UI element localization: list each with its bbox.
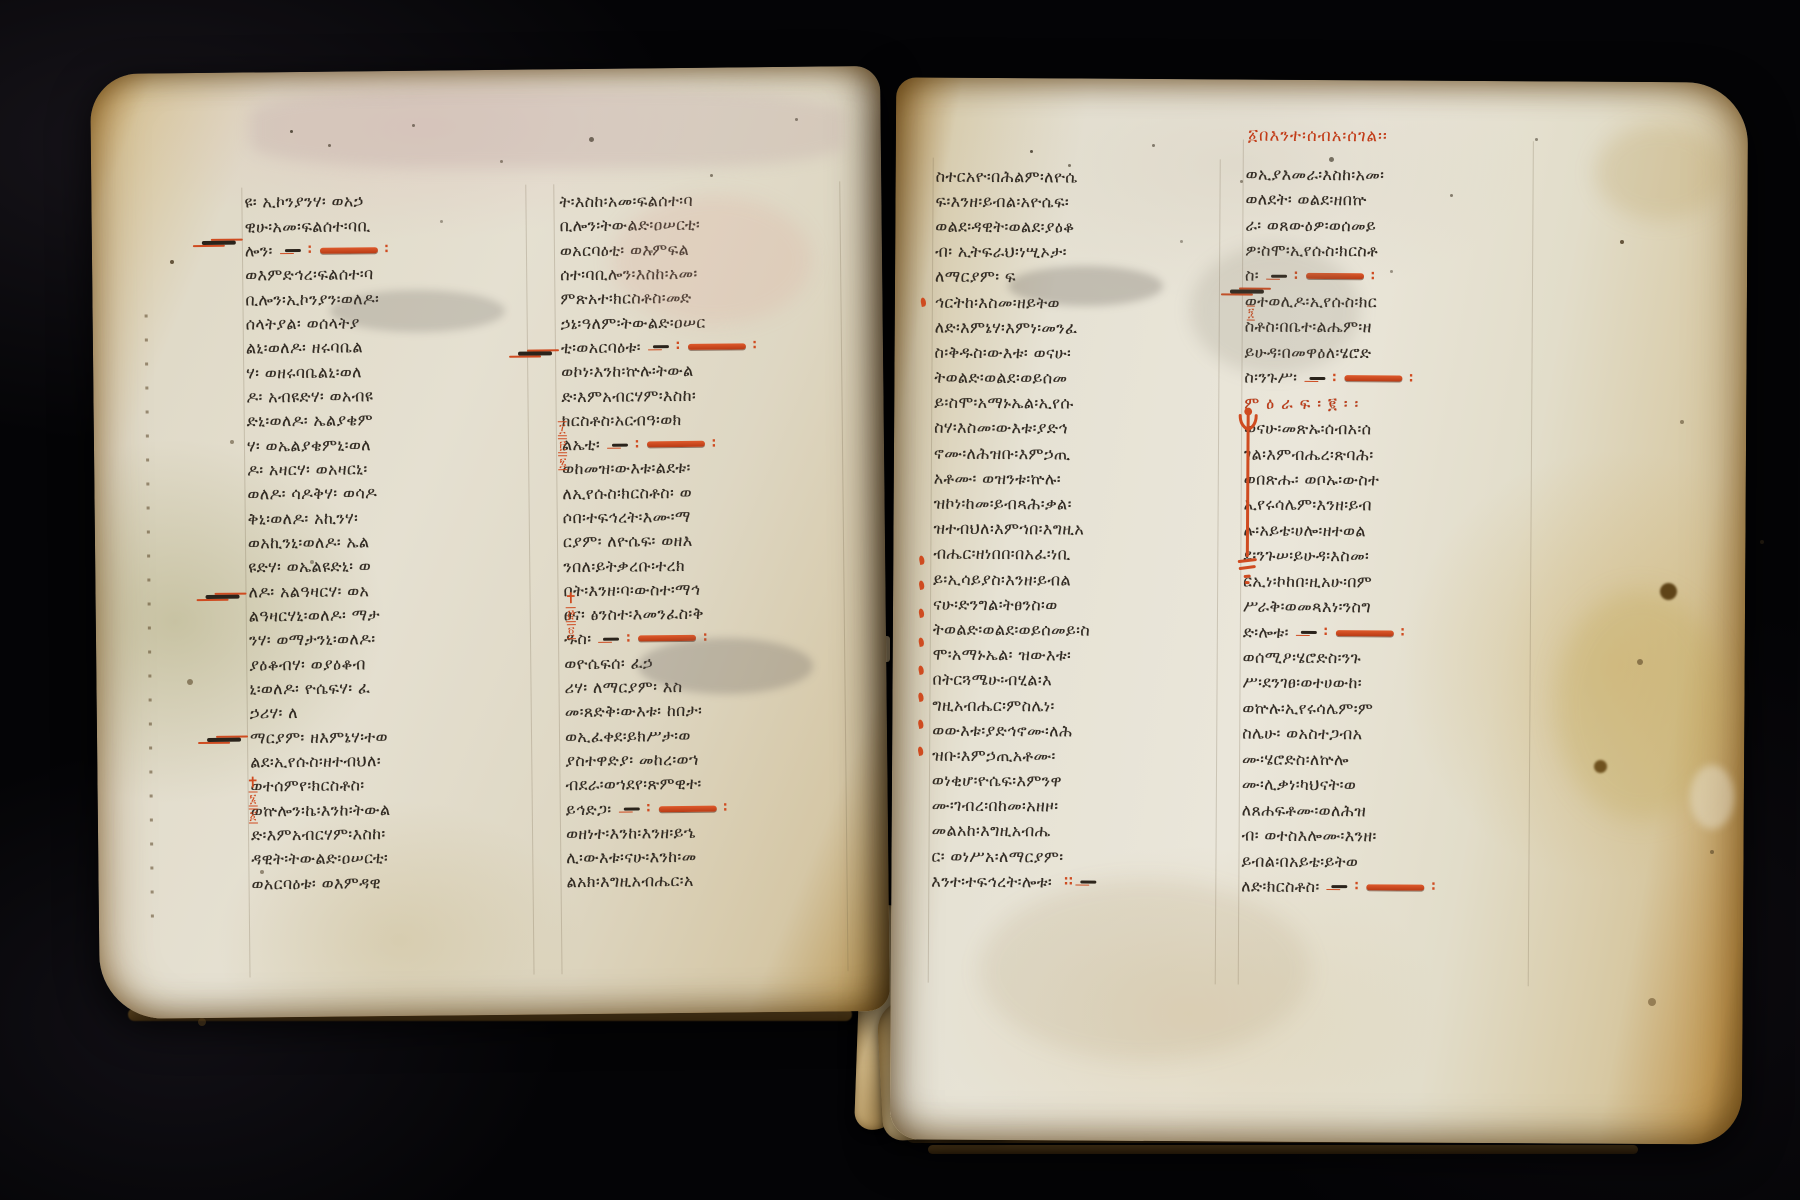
geez-text: ቲ፡ወአርባዕቱ፡ — [561, 337, 641, 358]
geez-text: ንበለ፡ይትቃረቡ፡ተረክ — [563, 556, 685, 577]
geez-text: ዶ፡ አዛርሃ፡ ወአዛርኒ፡ — [247, 459, 368, 480]
geez-text: ስተርአዮ፡በሕልም፡ለዮሴ — [936, 166, 1078, 187]
section-end-rule: ∶∶ — [1301, 625, 1406, 641]
geez-text: ሞ፡አማኑኤል፡ ዝውእቱ፡ — [933, 645, 1072, 666]
geez-text: ኢየሩሳሌም፡እንዘ፡ይብ — [1244, 495, 1372, 516]
geez-text: ኃኔ፡ዓለም፡ትውልድ፡ዐሠር — [561, 312, 706, 334]
geez-text: ዩ፡ ኢኮንያንሃ፡ ወአኃ — [244, 191, 363, 212]
geez-text: ብሔር፡ዘነበበ፡በአፈ፡ነቢ — [933, 544, 1070, 565]
geez-text: ርያም፡ ለዮሴፍ፡ ወዘእ — [563, 531, 693, 552]
text-line: በት፡እንዘ፡ባ፡ውስተ፡ማኅ — [563, 576, 845, 603]
text-line: ቅኒ፡ወለዶ፡ አኪንሃ፡ — [248, 504, 530, 531]
geez-text: ሉ፡አይቴ፡ሀሎ፡ዘተወል — [1243, 520, 1366, 541]
section-end-rule: ∶∶ — [653, 339, 758, 355]
text-column-3: ስተርአዮ፡በሕልም፡ለዮሴፍ፡እንዘ፡ይብል፡አዮሴፍ፡ወልደ፡ዳዊት፡ወልደ… — [931, 164, 1221, 896]
marginal-dash-mark — [202, 241, 236, 245]
text-column-2: ት፡እስከ፡አመ፡ፍልሰተ፡ባቢሎን፡ትውልድ፡ዐሠርቲ፡ወአርባዕቲ፡ ወእም… — [559, 187, 848, 895]
ethiopic-numeral: ፬ — [567, 624, 576, 639]
geez-text: ሃ፡ ወዘሩባቤልኒ፡ወለ — [246, 362, 362, 383]
text-line: ወለደት፡ ወልደ፡ዘበኵ — [1245, 187, 1535, 214]
text-line: ሎን፡∶∶ — [245, 236, 527, 263]
text-line: ኃኔ፡ዓለም፡ትውልድ፡ዐሠር — [561, 309, 843, 336]
text-line: አቶሙ፡ ወዝንቱ፡ኵሉ፡ — [934, 466, 1220, 493]
text-line: ሙ፡ሊቃነ፡ካህናት፡ወ — [1242, 772, 1532, 799]
chapter-rubric-line: ምዕራፍ፡፪፡፡ — [1244, 390, 1534, 417]
geez-text: ለኢየሱስ፡ክርስቶስ፡ ወ — [562, 483, 692, 504]
geez-text: ወኢፈቀደ፡ይክሥታ፡ወ — [565, 726, 691, 747]
text-line: ብ፡ ወተስእሎሙ፡እንዘ፡ — [1242, 823, 1532, 850]
text-line: ኅርትከ፡እስመ፡ዘይትወ — [935, 290, 1221, 317]
marginal-dash-mark — [1230, 289, 1264, 293]
section-end-rule: ∶∶ — [612, 436, 717, 452]
text-line: ሙ፡ሄሮድስ፡ለኵሎ — [1242, 747, 1532, 774]
marginal-red-tick — [917, 746, 924, 756]
geez-text: ር፡ ወነሥአ፡ለማርያም፡ — [931, 846, 1063, 867]
text-line: ዝተብህለ፡እምኀበ፡እግዚአ — [933, 516, 1219, 543]
geez-text: ልአክ፡እግዚአብሔር፡አ — [566, 871, 693, 892]
text-line: ወዮሴፍሰ፡ ፈኃ — [564, 649, 846, 676]
geez-text: ፀና፡ ፅንስተ፡እመንፈስ፡ቅ — [564, 604, 704, 625]
geez-text: ርኢነ፡ኮከበ፡ዚአሁ፡በም — [1243, 571, 1372, 592]
geez-text: ምዕራፍ፡፪፡፡ — [1244, 393, 1365, 414]
text-line: ልዓዛርሃኒ፡ወለዶ፡ ማታ — [249, 601, 531, 628]
text-line: ሶበ፡ተፍኅረት፡እሙ፡ማ — [563, 503, 845, 530]
marginal-red-tick — [918, 665, 925, 675]
text-line: ሊ፡ውእቱ፡ናሁ፡እንከ፡መ — [566, 843, 848, 870]
geez-text: ደ፡ንጉሠ፡ይሁዳ፡እስመ፡ — [1243, 546, 1369, 567]
geez-text: ስሃ፡እስመ፡ውእቱ፡ያድኅ — [934, 418, 1068, 439]
geez-text: ስቶስ፡በቤተ፡ልሔም፡ዘ — [1245, 317, 1372, 338]
text-line: ወናሁ፡መጽኡ፡ሰብአ፡ሰ — [1244, 416, 1534, 443]
geez-text: ዝቡ፡እምኃጢአቶሙ፡ — [932, 746, 1056, 767]
text-line: ቲ፡ወአርባዕቱ፡∶∶ — [561, 333, 843, 360]
text-line: ብሔር፡ዘነበበ፡በአፈ፡ነቢ — [933, 541, 1219, 568]
ethiopic-numeral: ፯ — [558, 455, 567, 470]
geez-text: ሙ፡ገብረ፡በከመ፡አዘዞ፡ — [932, 796, 1059, 817]
geez-text: ወአርባዕቲ፡ ወእምፍል — [560, 240, 689, 261]
geez-text: ወኵሎን፡ኬ፡እንከ፡ትውል — [251, 800, 391, 821]
marginal-dash-mark — [206, 595, 240, 599]
geez-text: ዳዊት፡ትውልድ፡ዐሠርቲ፡ — [251, 849, 388, 870]
geez-text: በት፡እንዘ፡ባ፡ውስተ፡ማኅ — [563, 580, 700, 601]
text-line: ናሁ፡ድንግል፡ትፀንስ፡ወ — [933, 592, 1219, 619]
text-line: ድኒ፡ወለዶ፡ ኤልያቄም — [247, 407, 529, 434]
geez-text: ወተወሊዶ፡ኢየሱስ፡ክር — [1245, 291, 1377, 312]
marginal-dash-mark — [207, 738, 241, 742]
section-end-rule: ∶∶ — [1309, 371, 1414, 387]
text-line: ወእምድኅረ፡ፍልሰተ፡ባ — [245, 261, 527, 288]
text-line: ሞ፡አማኑኤል፡ ዝውእቱ፡ — [933, 642, 1219, 669]
geez-text: ይብል፡በአይቴ፡ይትወ — [1241, 851, 1358, 872]
marginal-red-tick — [918, 555, 925, 565]
geez-text: ያስተዋድያ፡ መከረ፡ወኀ — [565, 750, 699, 771]
geez-text: ድ፡እምአብርሃም፡እስከ፡ — [251, 824, 386, 845]
geez-text: ግዚአብሔር፡ምስሌነ፡ — [932, 695, 1054, 716]
geez-text: ወለደት፡ ወልደ፡ዘበኵ — [1245, 190, 1366, 211]
text-line: ቢሎን፡ኢኮንያን፡ወለዶ፡ — [245, 285, 527, 312]
geez-text: ወሰሚዖ፡ሄሮድስ፡ንጉ — [1243, 648, 1361, 669]
geez-text: ስሌሁ፡ ወአስተጋብአ — [1242, 724, 1362, 745]
text-line: ያስተዋድያ፡ መከረ፡ወኀ — [565, 746, 847, 773]
geez-text: መ፡ጸድቅ፡ውእቱ፡ ከበታ፡ — [565, 701, 703, 722]
text-line: ልኤቲ፡∶∶ — [562, 430, 844, 457]
geez-text: ለድ፡እምኔሃ፡እምነ፡መንፈ — [935, 317, 1078, 338]
geez-text: ክርስቶስ፡አርብዓ፡ወክ — [562, 410, 682, 431]
geez-text: ቢሎን፡ትውልድ፡ዐሠርቲ፡ — [560, 215, 701, 236]
ethiopic-numeral: ፫ — [558, 438, 567, 453]
text-line: ድ፡ሎቱ፡∶∶ — [1243, 619, 1533, 646]
geez-text: ዊሁ፡አመ፡ፍልሰተ፡ባቢ — [245, 216, 371, 237]
text-column-1: ዩ፡ ኢኮንያንሃ፡ ወአኃዊሁ፡አመ፡ፍልሰተ፡ባቢሎን፡∶∶ወእምድኅረ፡ፍ… — [244, 188, 533, 897]
text-line: ርያም፡ ለዮሴፍ፡ ወዘእ — [563, 527, 845, 554]
geez-text: ለድ፡ክርስቶስ፡ — [1241, 876, 1319, 896]
text-line: ልደ፡ኢየሱስ፡ዘተብህለ፡ — [250, 747, 532, 774]
text-line: ወኮነ፡እንከ፡ኵሉ፡ትውል — [561, 357, 843, 384]
text-line: ኒ፡ወለዶ፡ ዮሴፍሃ፡ ፈ — [249, 674, 531, 701]
text-line: ወአርባዕቲ፡ ወእምፍል — [560, 236, 842, 263]
text-line: ፀና፡ ፅንስተ፡እመንፈስ፡ቅ — [564, 600, 846, 627]
marginal-number-stack: ፲፫፯ — [558, 421, 568, 470]
text-line: ርኢነ፡ኮከበ፡ዚአሁ፡በም — [1243, 569, 1533, 596]
geez-text: ወተሰምየ፡ክርስቶስ፡ — [250, 776, 364, 797]
geez-text: ወበጽሑ፡ ወቦኡ፡ውስተ — [1244, 470, 1380, 491]
geez-text: በትርጓሜሁ፡ብሂል፡እ — [933, 670, 1053, 691]
geez-text: ወውእቱ፡ያድኅኖሙ፡ለሕ — [932, 720, 1072, 741]
text-line: ሙ፡ገብረ፡በከመ፡አዘዞ፡ — [932, 793, 1218, 820]
text-line: ወዘነተ፡እንከ፡እንዘ፡ይኄ — [566, 819, 848, 846]
text-line: ትወልድ፡ወልደ፡ወይሰመ — [934, 365, 1220, 392]
geez-text: ብደራ፡ወኀደየ፡ጽምዊተ፡ — [565, 774, 701, 795]
text-line: ዝቡ፡እምኃጢአቶሙ፡ — [932, 743, 1218, 770]
geez-text: ወለዶ፡ ሳዶቅሃ፡ ወሳዶ — [247, 483, 377, 504]
geez-text: ሥራቅ፡ወመጻእነ፡ንስግ — [1243, 597, 1371, 618]
text-line: ለኢየሱስ፡ክርስቶስ፡ ወ — [562, 479, 844, 506]
text-line: ወተሰምየ፡ክርስቶስ፡ — [250, 772, 532, 799]
text-line: ትወልድ፡ወልደ፡ወይሰመይ፡ስ — [933, 617, 1219, 644]
marginal-red-tick — [920, 297, 927, 307]
text-line: ስ፡ቅዱስ፡ውእቱ፡ ወናሁ፡ — [934, 340, 1220, 367]
text-line: ወአርባዕቱ፡ ወእምዳዊ — [251, 869, 533, 896]
text-line: ሥ፡ደንገፀ፡ወተሀውከ፡ — [1242, 670, 1532, 697]
text-line: ንበለ፡ይትቃረቡ፡ተረክ — [563, 552, 845, 579]
geez-text: ድ፡እምአብርሃም፡እስከ፡ — [561, 385, 696, 406]
geez-text: ወከመዝ፡ውእቱ፡ልደቱ፡ — [562, 458, 691, 479]
text-line: ልኒ፡ወለዶ፡ ዘሩባቤል — [246, 334, 528, 361]
ethiopic-numeral: ፩ — [248, 808, 258, 823]
cross-icon: ✝ — [245, 775, 260, 789]
text-line: ወበጽሑ፡ ወቦኡ፡ውስተ — [1244, 467, 1534, 494]
text-line: እንተ፡ተፍኅረት፡ሎቱ፡∶∶ — [931, 869, 1217, 896]
text-line: ሪሃ፡ ለማርያም፡ እስ — [564, 673, 846, 700]
text-line: ኢየሩሳሌም፡እንዘ፡ይብ — [1244, 492, 1534, 519]
text-line: ይ፡ኢሳይያስ፡እንዘ፡ይብል — [933, 567, 1219, 594]
text-line: ለዶ፡ አልዓዛርሃ፡ ወአ — [248, 577, 530, 604]
text-line: ብደራ፡ወኀደየ፡ጽምዊተ፡ — [565, 770, 847, 797]
text-line: ወኵሎን፡ኬ፡እንከ፡ትውል — [251, 796, 533, 823]
geez-text: ንሃ፡ ወማታንኒ፡ወለዶ፡ — [249, 630, 376, 651]
geez-text: ለማርያም፡ ፍ — [935, 267, 1016, 287]
geez-text: ሶበ፡ተፍኅረት፡እሙ፡ማ — [563, 507, 691, 528]
geez-text: አቶሙ፡ ወዝንቱ፡ኵሉ፡ — [934, 468, 1061, 489]
text-line: ዩ፡ ኢኮንያንሃ፡ ወአኃ — [244, 188, 526, 215]
text-line: ኃሪሃ፡ ለ — [250, 699, 532, 726]
text-line: ዊሁ፡አመ፡ፍልሰተ፡ባቢ — [245, 212, 527, 239]
ethiopic-numeral: ፲ — [558, 421, 567, 436]
marginal-number-stack: ✝፸፬ — [564, 591, 579, 639]
text-line: ዎ፡ስሞ፡ኢየሱስ፡ክርስቶ — [1245, 238, 1535, 265]
text-line: ወከመዝ፡ውእቱ፡ልደቱ፡ — [562, 455, 844, 482]
specks — [170, 260, 174, 264]
geez-text: ያዕቆብሃ፡ ወያዕቆብ — [249, 654, 366, 675]
geez-text: ወዘነተ፡እንከ፡እንዘ፡ይኄ — [566, 823, 696, 844]
geez-text: ዎ፡ስሞ፡ኢየሱስ፡ክርስቶ — [1245, 241, 1378, 262]
geez-text: ኒ፡ወለዶ፡ ዮሴፍሃ፡ ፈ — [249, 678, 370, 699]
text-line: ሰተ፡ባቢሎን፡እስከ፡አመ፡ — [560, 260, 842, 287]
geez-text: ኃሪሃ፡ ለ — [250, 703, 298, 724]
section-end-rule: ∶∶ — [1332, 880, 1437, 896]
specks — [1620, 240, 1624, 244]
text-line: ዳዊት፡ትውልድ፡ዐሠርቲ፡ — [251, 845, 533, 872]
text-line: ስ፡∶∶ — [1245, 263, 1535, 290]
geez-text: ድኒ፡ወለዶ፡ ኤልያቄም — [247, 410, 373, 431]
text-line: ብ፡ ኢትፍራህ፡ነሢኦታ፡ — [935, 239, 1221, 266]
specks — [290, 130, 293, 133]
geez-text: ኖሙ፡ለሕዝቡ፡እምኃጢ — [934, 443, 1071, 464]
geez-text: ይ፡ስሞ፡አማኑኤል፡ኢየሱ — [934, 393, 1073, 414]
geez-text: ሃ፡ ወኤልያቄምኒ፡ወለ — [247, 435, 371, 456]
text-line: ዱስ፡∶∶ — [564, 625, 846, 652]
geez-text: መልአከ፡እግዚአብሔ — [932, 821, 1051, 842]
cross-icon: ✝ — [564, 591, 579, 605]
marginal-staff-ornament — [1234, 407, 1261, 589]
text-line: ልአክ፡እግዚአብሔር፡አ — [566, 868, 848, 895]
geez-text: ስ፡ — [1245, 266, 1259, 286]
text-line: ይኅድጋ፡∶∶ — [566, 795, 848, 822]
text-line: ሃ፡ ወኤልያቄምኒ፡ወለ — [247, 431, 529, 458]
geez-text: ልዓዛርሃኒ፡ወለዶ፡ ማታ — [249, 605, 380, 626]
manuscript-photo: ዩ፡ ኢኮንያንሃ፡ ወአኃዊሁ፡አመ፡ፍልሰተ፡ባቢሎን፡∶∶ወእምድኅረ፡ፍ… — [0, 0, 1800, 1200]
geez-text: ልኤቲ፡ — [562, 435, 600, 455]
ethiopic-numeral: ፸ — [566, 607, 576, 622]
geez-text: ፍ፡እንዘ፡ይብል፡አዮሴፍ፡ — [935, 191, 1069, 212]
text-line: ሉ፡አይቴ፡ሀሎ፡ዘተወል — [1243, 518, 1533, 545]
section-end-rule: ∶∶ — [623, 801, 728, 817]
geez-text: ወእምድኅረ፡ፍልሰተ፡ባ — [245, 264, 374, 285]
marginal-red-tick — [918, 637, 925, 647]
text-line: ስሃ፡እስመ፡ውእቱ፡ያድኅ — [934, 416, 1220, 443]
geez-text: ይኅድጋ፡ — [566, 799, 612, 819]
text-line: ይሁዳ፡በመዋዕለ፡ሄሮድ — [1245, 340, 1535, 367]
geez-text: ሥ፡ደንገፀ፡ወተሀውከ፡ — [1242, 673, 1361, 694]
page-title-rubric: ፩በእንተ፡ሰብአ፡ሰገል፡፡ — [1248, 126, 1388, 147]
geez-text: ብ፡ ወተስእሎሙ፡እንዘ፡ — [1242, 826, 1377, 847]
text-line: ንሃ፡ ወማታንኒ፡ወለዶ፡ — [249, 626, 531, 653]
geez-text: ማርያም፡ ዘእምኔሃ፡ተወ — [250, 727, 388, 748]
marginal-number-stack: ✝፮፩ — [245, 775, 260, 823]
page-stack-edge — [928, 1145, 1638, 1154]
marginal-red-tick — [918, 692, 925, 702]
text-line: ማርያም፡ ዘእምኔሃ፡ተወ — [250, 723, 532, 750]
geez-text: ወአርባዕቱ፡ ወእምዳዊ — [251, 873, 381, 894]
text-line: መልአከ፡እግዚአብሔ — [932, 819, 1218, 846]
geez-text: እንተ፡ተፍኅረት፡ሎቱ፡ — [931, 871, 1052, 892]
text-line: ፍ፡እንዘ፡ይብል፡አዮሴፍ፡ — [935, 189, 1221, 216]
text-line: ስቶስ፡በቤተ፡ልሔም፡ዘ — [1245, 314, 1535, 341]
text-line: ወአኪንኒ፡ወለዶ፡ ኤል — [248, 528, 530, 555]
geez-text: ራ፡ ወጸውዕዎ፡ወሰመይ — [1245, 215, 1376, 236]
text-line: ዩድሃ፡ ወኤልዩድኒ፡ ወ — [248, 553, 530, 580]
geez-text: ስ፡ቅዱስ፡ውእቱ፡ ወናሁ፡ — [935, 343, 1072, 364]
left-page: ዩ፡ ኢኮንያንሃ፡ ወአኃዊሁ፡አመ፡ፍልሰተ፡ባቢሎን፡∶∶ወእምድኅረ፡ፍ… — [90, 66, 890, 1019]
text-line: ቢሎን፡ትውልድ፡ዐሠርቲ፡ — [560, 212, 842, 239]
geez-text: ዝተብህለ፡እምኀበ፡እግዚአ — [933, 519, 1084, 540]
text-line: ወለዶ፡ ሳዶቅሃ፡ ወሳዶ — [247, 480, 529, 507]
text-line: ስተርአዮ፡በሕልም፡ለዮሴ — [936, 164, 1222, 191]
geez-text: ወኮነ፡እንከ፡ኵሉ፡ትውል — [561, 361, 694, 382]
geez-text: ሰላትያል፡ ወሰላትያ — [246, 313, 360, 334]
section-end-rule: ∶∶ — [1271, 269, 1376, 285]
text-line: ለጸሐፍቶሙ፡ወለሕዝ — [1242, 797, 1532, 824]
ethiopic-numeral: ፺ — [1247, 306, 1255, 321]
geez-text: ብ፡ ኢትፍራህ፡ነሢኦታ፡ — [935, 242, 1067, 263]
marginal-red-tick — [918, 608, 925, 618]
ethiopic-numeral: ፮ — [248, 791, 257, 806]
text-line: ዝኮነ፡ከመ፡ይብጻሕ፡ቃል፡ — [934, 491, 1220, 518]
text-line: ምጽአተ፡ክርስቶስ፡መድ — [560, 284, 842, 311]
text-line: በትርጓሜሁ፡ብሂል፡እ — [932, 667, 1218, 694]
section-end-rule: ∶∶ — [285, 242, 390, 258]
geez-text: ወዮሴፍሰ፡ ፈኃ — [564, 653, 653, 674]
text-line: ለድ፡ክርስቶስ፡∶∶ — [1241, 874, 1531, 901]
geez-text: ቢሎን፡ኢኮንያን፡ወለዶ፡ — [245, 289, 379, 310]
geez-text: ቅኒ፡ወለዶ፡ አኪንሃ፡ — [248, 508, 359, 529]
geez-text: ወነቂሆ፡ዮሴፍ፡እምንዋ — [932, 771, 1062, 792]
text-column-4: ወኢያእመራ፡እስከ፡አመ፡ወለደት፡ ወልደ፡ዘበኵራ፡ ወጸውዕዎ፡ወሰመይ… — [1241, 162, 1536, 901]
geez-text: ኅርትከ፡እስመ፡ዘይትወ — [935, 292, 1060, 313]
text-line: ለማርያም፡ ፍ — [935, 264, 1221, 291]
geez-text: ሰተ፡ባቢሎን፡እስከ፡አመ፡ — [560, 264, 698, 285]
geez-text: ትወልድ፡ወልደ፡ወይሰመይ፡ስ — [933, 620, 1090, 641]
text-line: ወልደ፡ዳዊት፡ወልደ፡ያዕቆ — [935, 214, 1221, 241]
text-line: ሥራቅ፡ወመጻእነ፡ንስግ — [1243, 594, 1533, 621]
text-line: ት፡እስከ፡አመ፡ፍልሰተ፡ባ — [559, 187, 841, 214]
geez-text: ዶ፡ አብዩድሃ፡ ወአብዩ — [246, 386, 373, 407]
text-line: ይብል፡በአይቴ፡ይትወ — [1241, 848, 1531, 875]
text-line: ድ፡እምአብርሃም፡እስከ፡ — [251, 821, 533, 848]
text-line: ር፡ ወነሥአ፡ለማርያም፡ — [931, 844, 1217, 871]
marginal-number-stack: ፺ — [1247, 306, 1255, 321]
geez-text: ት፡እስከ፡አመ፡ፍልሰተ፡ባ — [559, 191, 693, 212]
geez-text: ሙ፡ሊቃነ፡ካህናት፡ወ — [1242, 775, 1356, 796]
geez-text: ሎን፡ — [245, 241, 273, 261]
geez-text: ይ፡ኢሳይያስ፡እንዘ፡ይብል — [933, 569, 1071, 590]
geez-text: ዩድሃ፡ ወኤልዩድኒ፡ ወ — [248, 557, 371, 578]
geez-text: ይሁዳ፡በመዋዕለ፡ሄሮድ — [1245, 342, 1372, 363]
text-line: ወኢያእመራ፡እስከ፡አመ፡ — [1246, 162, 1536, 189]
geez-text: ልኒ፡ወለዶ፡ ዘሩባቤል — [246, 338, 363, 359]
text-line: ድ፡እምአብርሃም፡እስከ፡ — [561, 382, 843, 409]
text-line: ክርስቶስ፡አርብዓ፡ወክ — [562, 406, 844, 433]
geez-text: ድ፡ሎቱ፡ — [1243, 622, 1289, 642]
geez-text: ስ፡ንጉሥ፡ — [1244, 368, 1297, 388]
geez-text: ወልደ፡ዳዊት፡ወልደ፡ያዕቆ — [935, 217, 1074, 238]
marginal-red-tick — [917, 719, 924, 729]
geez-text: ለጸሐፍቶሙ፡ወለሕዝ — [1242, 800, 1367, 821]
geez-text: ናሁ፡ድንግል፡ትፀንስ፡ወ — [933, 594, 1058, 615]
geez-text: ሙ፡ሄሮድስ፡ለኵሎ — [1242, 749, 1349, 770]
text-line: ራ፡ ወጸውዕዎ፡ወሰመይ — [1245, 212, 1535, 239]
text-line: ግዚአብሔር፡ምስሌነ፡ — [932, 693, 1218, 720]
marginal-red-tick — [918, 580, 925, 590]
geez-text: ምጽአተ፡ክርስቶስ፡መድ — [560, 288, 691, 309]
geez-text: ዝኮነ፡ከመ፡ይብጻሕ፡ቃል፡ — [934, 494, 1072, 515]
text-line: ወነቂሆ፡ዮሴፍ፡እምንዋ — [932, 768, 1218, 795]
geez-text: ሪሃ፡ ለማርያም፡ እስ — [564, 677, 682, 698]
text-line: ወውእቱ፡ያድኅኖሙ፡ለሕ — [932, 718, 1218, 745]
geez-text: ሊ፡ውእቱ፡ናሁ፡እንከ፡መ — [566, 847, 696, 868]
text-line: መ፡ጸድቅ፡ውእቱ፡ ከበታ፡ — [565, 698, 847, 725]
text-line: ስሌሁ፡ ወአስተጋብአ — [1242, 721, 1532, 748]
text-line: ኖሙ፡ለሕዝቡ፡እምኃጢ — [934, 441, 1220, 468]
geez-text: ልደ፡ኢየሱስ፡ዘተብህለ፡ — [250, 751, 381, 772]
pricking-holes — [144, 294, 154, 934]
specks — [1030, 150, 1033, 153]
marginal-dash-mark — [518, 351, 552, 355]
line-end-marks: ∶∶ — [1064, 875, 1097, 890]
text-line: ዶ፡ አዛርሃ፡ ወአዛርኒ፡ — [247, 455, 529, 482]
geez-text: ወኵሉ፡ኢየሩሳሌም፡ም — [1242, 698, 1373, 719]
text-line: ወኢፈቀደ፡ይክሥታ፡ወ — [565, 722, 847, 749]
geez-text: ወአኪንኒ፡ወለዶ፡ ኤል — [248, 532, 370, 553]
geez-text: ለዶ፡ አልዓዛርሃ፡ ወአ — [248, 581, 369, 602]
geez-text: ገል፡እምብሔረ፡ጽባሕ፡ — [1244, 444, 1374, 465]
geez-text: ወናሁ፡መጽኡ፡ሰብአ፡ሰ — [1244, 419, 1371, 440]
geez-text: ትወልድ፡ወልደ፡ወይሰመ — [934, 368, 1067, 389]
right-page: ፩በእንተ፡ሰብአ፡ሰገል፡፡ ስተርአዮ፡በሕልም፡ለዮሴፍ፡እንዘ፡ይብል፡… — [890, 77, 1748, 1144]
text-line: ወተወሊዶ፡ኢየሱስ፡ክር — [1245, 289, 1535, 316]
text-line: ስ፡ንጉሥ፡∶∶ — [1244, 365, 1534, 392]
text-line: ይ፡ስሞ፡አማኑኤል፡ኢየሱ — [934, 390, 1220, 417]
text-line: ዶ፡ አብዩድሃ፡ ወአብዩ — [246, 382, 528, 409]
text-line: ደ፡ንጉሠ፡ይሁዳ፡እስመ፡ — [1243, 543, 1533, 570]
text-line: ሰላትያል፡ ወሰላትያ — [246, 309, 528, 336]
text-line: ያዕቆብሃ፡ ወያዕቆብ — [249, 650, 531, 677]
geez-text: ወኢያእመራ፡እስከ፡አመ፡ — [1246, 164, 1385, 185]
text-line: ገል፡እምብሔረ፡ጽባሕ፡ — [1244, 441, 1534, 468]
text-line: ለድ፡እምኔሃ፡እምነ፡መንፈ — [935, 315, 1221, 342]
text-line: ወኵሉ፡ኢየሩሳሌም፡ም — [1242, 696, 1532, 723]
text-line: ወሰሚዖ፡ሄሮድስ፡ንጉ — [1243, 645, 1533, 672]
text-line: ሃ፡ ወዘሩባቤልኒ፡ወለ — [246, 358, 528, 385]
section-end-rule: ∶∶ — [603, 631, 708, 647]
